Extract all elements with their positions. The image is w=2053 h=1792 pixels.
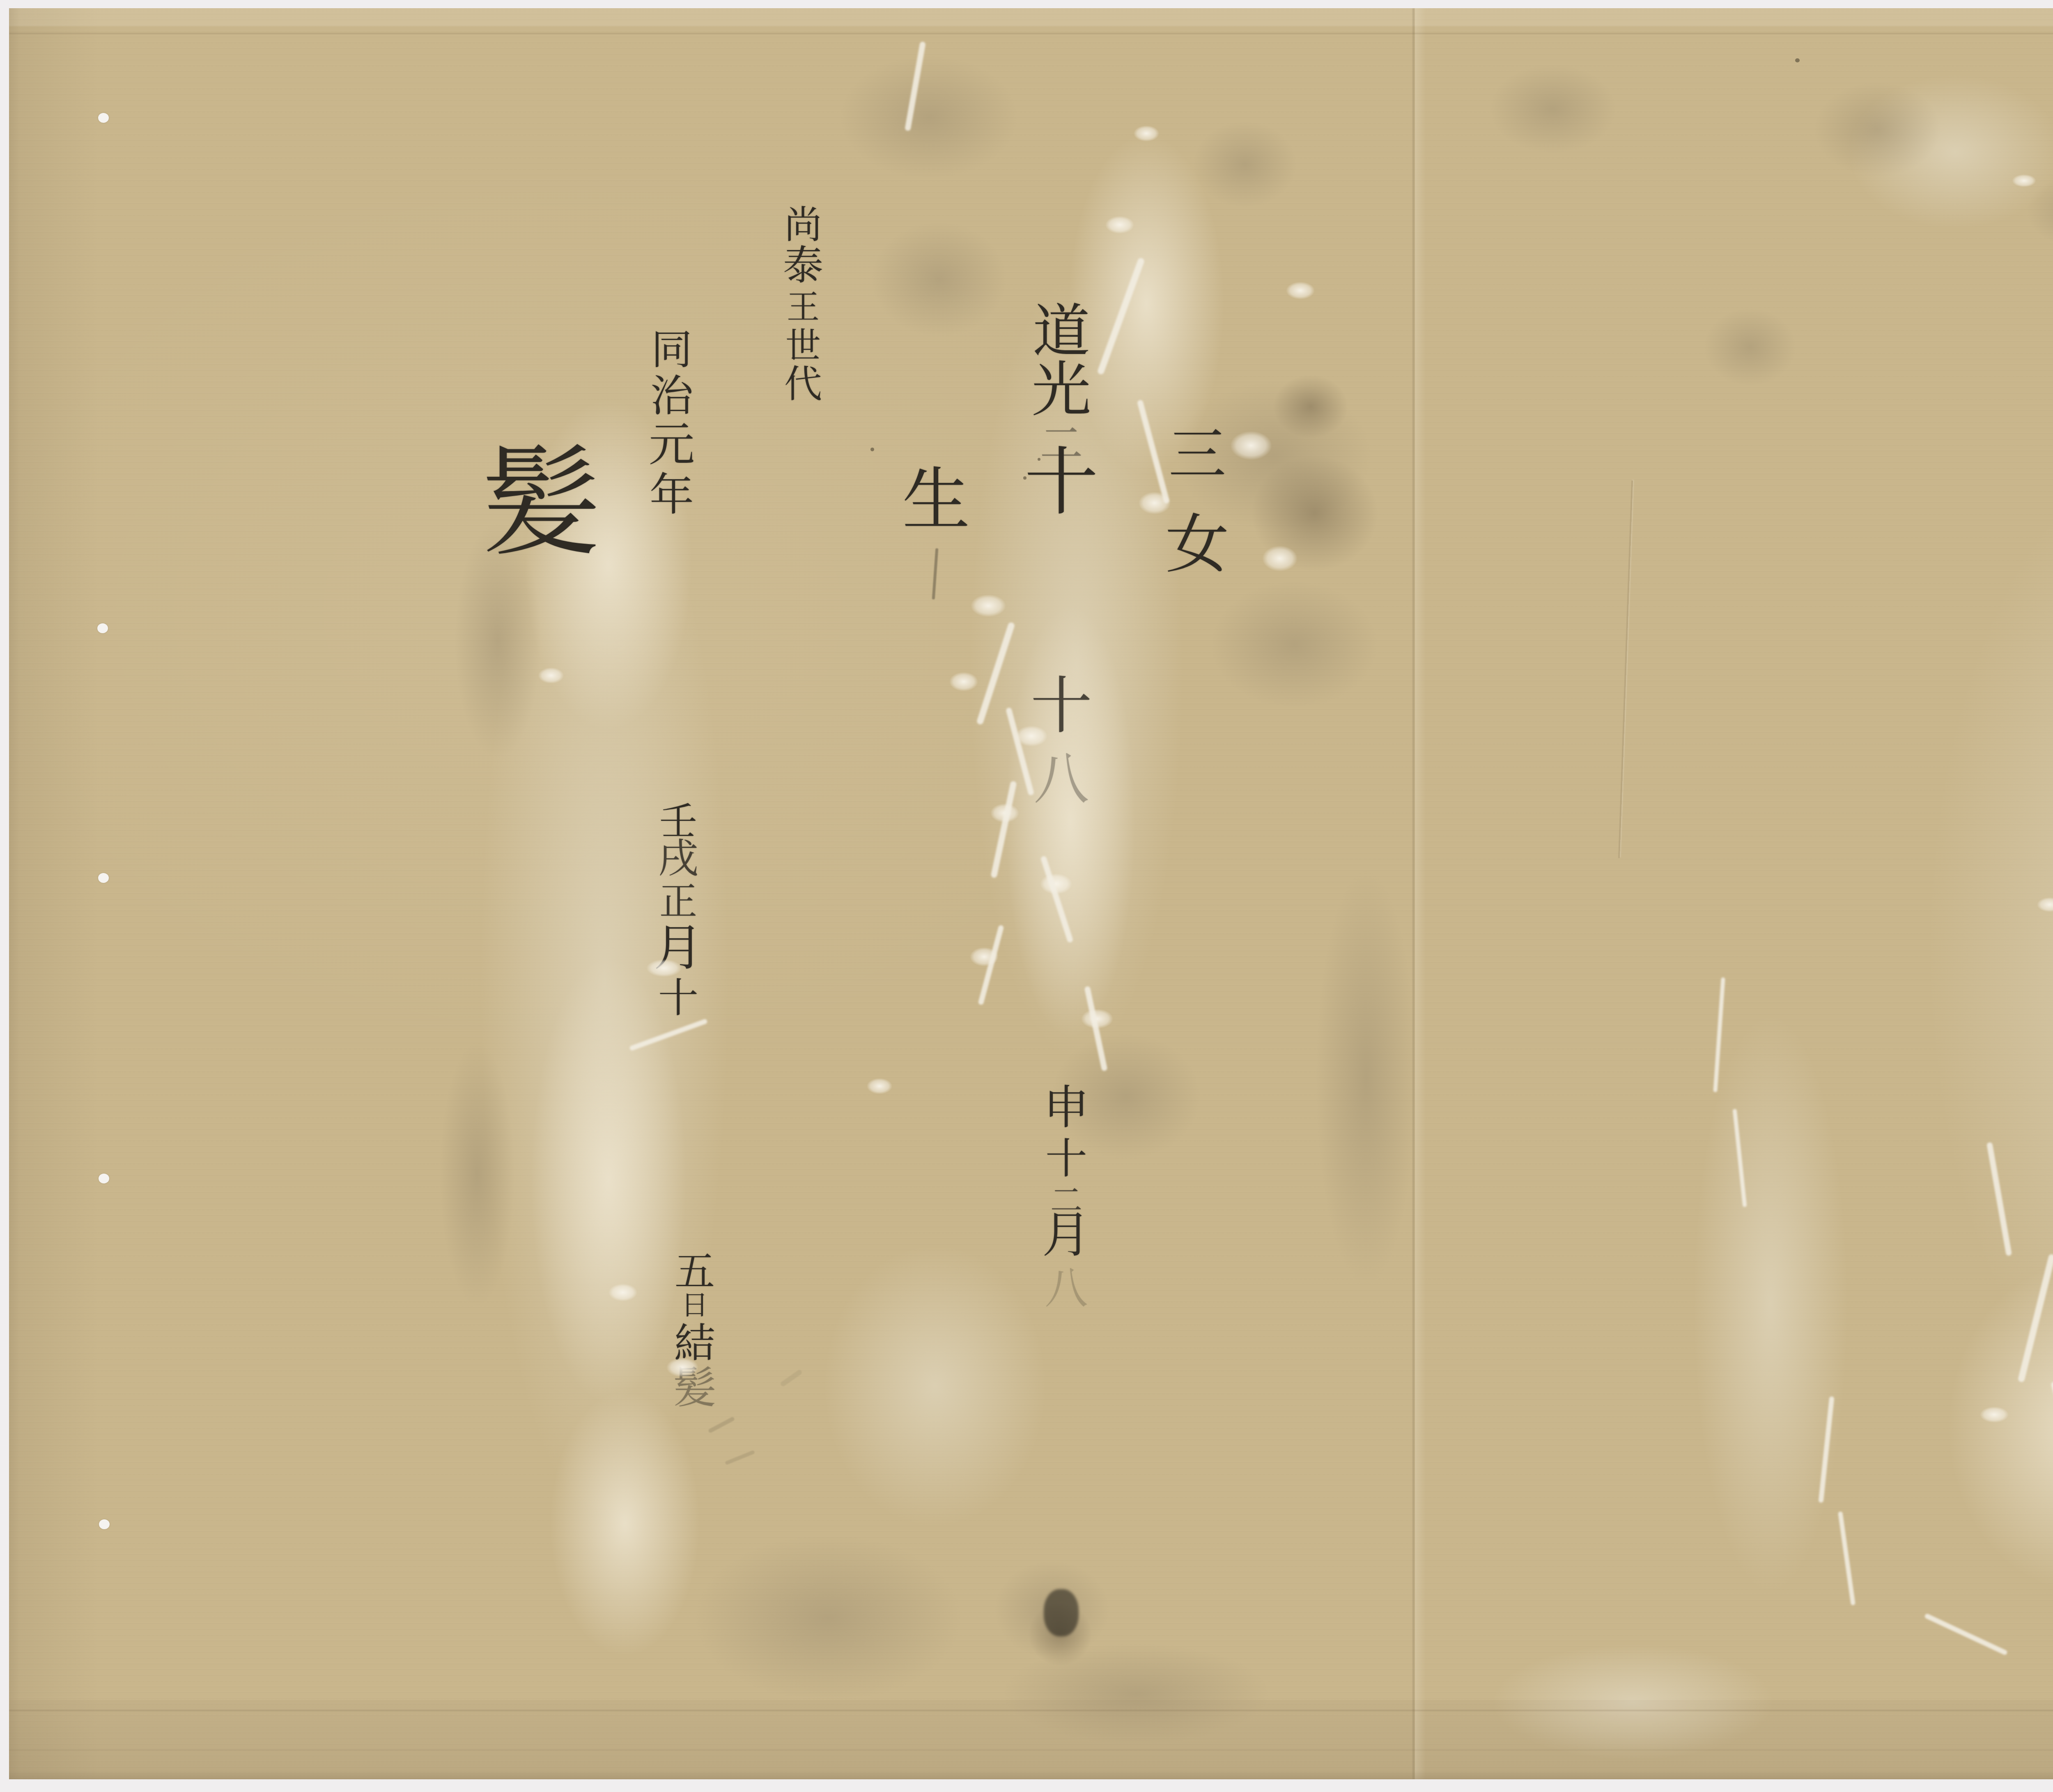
manuscript-paper [9, 8, 2053, 1779]
paper-peel [641, 957, 687, 979]
paper-crack [1732, 1109, 1747, 1207]
ink-speck [1023, 476, 1026, 480]
paper-peel [1134, 489, 1175, 517]
ink-speck [1795, 58, 1800, 62]
paper-crack [1713, 977, 1725, 1092]
ink-smudge [725, 1450, 755, 1465]
ink-speck [1038, 458, 1040, 461]
paper-crack [1040, 855, 1073, 943]
paper-crack [629, 1018, 708, 1051]
punch-hole [98, 873, 109, 883]
paper-peel [1130, 123, 1163, 144]
paper-peel [662, 1355, 703, 1380]
ink-speck [870, 448, 874, 451]
punch-hole [99, 1174, 109, 1183]
paper-crease [9, 1710, 2053, 1711]
paper-crack [990, 781, 1017, 878]
ink-smudge [708, 1416, 735, 1434]
paper-peel [1224, 427, 1278, 464]
paper-crack [905, 41, 926, 131]
ink-smudge [780, 1369, 803, 1387]
paper-peel [1282, 279, 1319, 302]
ink-smudge [932, 548, 939, 600]
paper-peel [1976, 1404, 2013, 1425]
paper-peel [604, 1281, 641, 1304]
punch-hole [98, 113, 109, 123]
paper-crack [2018, 1254, 2053, 1383]
paper-crack [1838, 1511, 1856, 1605]
paper-peel [863, 1076, 896, 1096]
paper-crease [9, 33, 2053, 34]
paper-peel [1101, 214, 1138, 236]
paper-crack [1924, 1613, 2008, 1656]
paper-crack [1986, 1142, 2012, 1256]
paper-peel [2033, 895, 2053, 914]
paper-peel [966, 591, 1011, 620]
punch-hole [97, 623, 108, 633]
paper-peel [1257, 542, 1302, 575]
paper-crack [1097, 257, 1145, 375]
document-page: 三女道光二十十八生尚泰王世代同治元年壬戌正月十五日結髪髪申十二月八 101 [0, 0, 2053, 1792]
paper-crease [1618, 480, 1633, 858]
punch-hole [99, 1519, 110, 1529]
paper-peel [535, 665, 567, 686]
paper-crack [2051, 1381, 2053, 1493]
stain-layer-high [9, 8, 2053, 1779]
paper-crack [1006, 707, 1034, 796]
paper-crease [9, 1749, 2053, 1751]
paper-crack [1818, 1396, 1834, 1503]
paper-peel [945, 669, 982, 694]
paper-peel [2009, 172, 2039, 189]
